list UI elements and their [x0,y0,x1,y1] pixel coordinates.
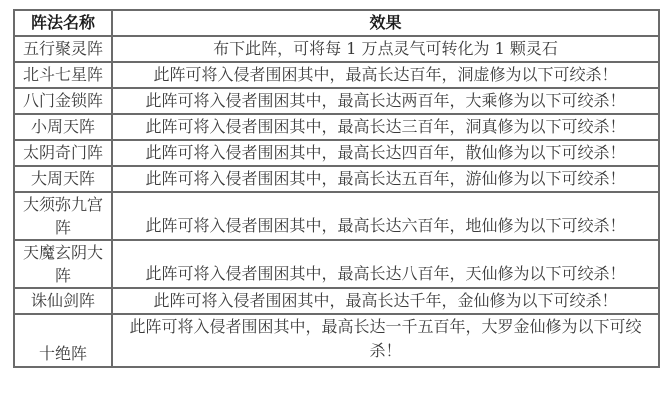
formation-name: 天魔玄阴大阵 [14,240,112,288]
table-header-row: 阵法名称 效果 [14,10,659,36]
header-formation-name: 阵法名称 [14,10,112,36]
table-row: 大须弥九宫阵 此阵可将入侵者围困其中，最高长达六百年，地仙修为以下可绞杀！ [14,192,659,240]
formation-table: 阵法名称 效果 五行聚灵阵 布下此阵，可将每 1 万点灵气可转化为 1 颗灵石 … [13,9,660,368]
formation-name: 大周天阵 [14,166,112,192]
table-row: 五行聚灵阵 布下此阵，可将每 1 万点灵气可转化为 1 颗灵石 [14,36,659,62]
formation-effect: 此阵可将入侵者围困其中，最高长达三百年，洞真修为以下可绞杀！ [112,114,659,140]
formation-effect: 此阵可将入侵者围困其中，最高长达一千五百年，大罗金仙修为以下可绞杀！ [112,314,659,367]
formation-effect: 此阵可将入侵者围困其中，最高长达四百年，散仙修为以下可绞杀！ [112,140,659,166]
formation-effect: 此阵可将入侵者围困其中，最高长达五百年，游仙修为以下可绞杀！ [112,166,659,192]
formation-effect: 此阵可将入侵者围困其中，最高长达百年，洞虚修为以下可绞杀！ [112,62,659,88]
header-effect: 效果 [112,10,659,36]
table-row: 诛仙剑阵 此阵可将入侵者围困其中，最高长达千年，金仙修为以下可绞杀！ [14,288,659,314]
formation-effect: 布下此阵，可将每 1 万点灵气可转化为 1 颗灵石 [112,36,659,62]
formation-effect: 此阵可将入侵者围困其中，最高长达六百年，地仙修为以下可绞杀！ [112,192,659,240]
table-row: 小周天阵 此阵可将入侵者围困其中，最高长达三百年，洞真修为以下可绞杀！ [14,114,659,140]
table-row: 天魔玄阴大阵 此阵可将入侵者围困其中，最高长达八百年，天仙修为以下可绞杀！ [14,240,659,288]
formation-name: 五行聚灵阵 [14,36,112,62]
table-row: 大周天阵 此阵可将入侵者围困其中，最高长达五百年，游仙修为以下可绞杀！ [14,166,659,192]
formation-name: 小周天阵 [14,114,112,140]
formation-name: 十绝阵 [14,314,112,367]
formation-effect: 此阵可将入侵者围困其中，最高长达两百年，大乘修为以下可绞杀！ [112,88,659,114]
formation-name: 诛仙剑阵 [14,288,112,314]
table-row: 北斗七星阵 此阵可将入侵者围困其中，最高长达百年，洞虚修为以下可绞杀！ [14,62,659,88]
formation-effect: 此阵可将入侵者围困其中，最高长达千年，金仙修为以下可绞杀！ [112,288,659,314]
table-row: 八门金锁阵 此阵可将入侵者围困其中，最高长达两百年，大乘修为以下可绞杀！ [14,88,659,114]
formation-name: 八门金锁阵 [14,88,112,114]
table-row: 太阴奇门阵 此阵可将入侵者围困其中，最高长达四百年，散仙修为以下可绞杀！ [14,140,659,166]
formation-name: 北斗七星阵 [14,62,112,88]
formation-effect: 此阵可将入侵者围困其中，最高长达八百年，天仙修为以下可绞杀！ [112,240,659,288]
table-row: 十绝阵 此阵可将入侵者围困其中，最高长达一千五百年，大罗金仙修为以下可绞杀！ [14,314,659,367]
formation-name: 太阴奇门阵 [14,140,112,166]
formation-name: 大须弥九宫阵 [14,192,112,240]
